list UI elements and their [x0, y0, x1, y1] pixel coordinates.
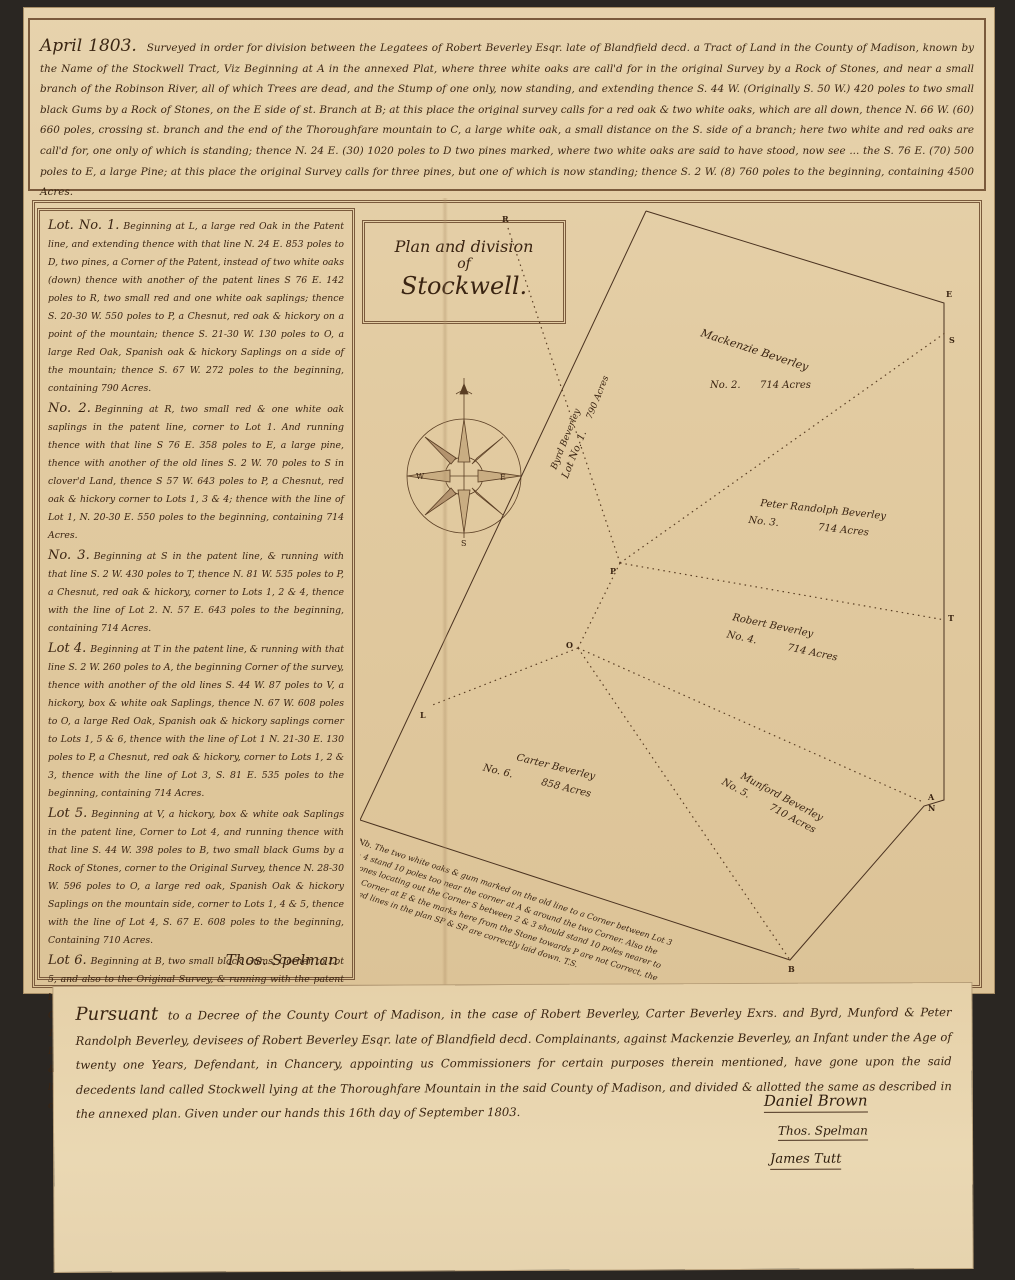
parcel-lot-2-number: No. 2.	[709, 380, 741, 391]
svg-text:858 Acres: 858 Acres	[540, 777, 592, 800]
lot-heading: Lot 4.	[48, 641, 86, 656]
corner-E: E	[946, 289, 952, 299]
parcel-label-lot-3: Peter Randolph Beverley No. 3. 714 Acres	[747, 497, 887, 540]
svg-text:No. 6.: No. 6.	[481, 762, 514, 780]
commissioners-report: Pursuant to a Decree of the County Court…	[53, 983, 972, 1272]
lot-heading: No. 2.	[48, 401, 91, 416]
svg-text:Mackenzie Beverley: Mackenzie Beverley	[698, 326, 811, 374]
lot-text: Beginning at S in the patent line, & run…	[48, 551, 344, 634]
lot-description-1: Lot. No. 1.Beginning at L, a large red O…	[48, 217, 344, 398]
corner-A: A	[927, 792, 935, 802]
lot-text: Beginning at V, a hickory, box & white o…	[48, 809, 344, 946]
parcel-label-lot-2: Mackenzie Beverley	[698, 326, 811, 374]
signature-james-tutt: James Tutt	[770, 1152, 841, 1170]
lot-heading: Lot 5.	[48, 806, 87, 821]
parcel-lot-2-acres: 714 Acres	[760, 380, 811, 391]
lot-text: Beginning at L, a large red Oak in the P…	[48, 221, 344, 394]
survey-sheet: April 1803. Surveyed in order for divisi…	[24, 8, 994, 993]
corner-S: S	[949, 335, 955, 345]
survey-header-frame: April 1803. Surveyed in order for divisi…	[28, 18, 986, 191]
corner-B: B	[788, 964, 795, 974]
svg-text:Carter Beverley: Carter Beverley	[515, 752, 596, 782]
svg-text:790 Acres: 790 Acres	[585, 374, 612, 421]
svg-text:714 Acres: 714 Acres	[817, 522, 869, 538]
plat-drawing: W E S D R E S P	[360, 208, 978, 980]
signature-daniel-brown: Daniel Brown	[764, 1091, 868, 1112]
surveyor-note: Nb. The two white oaks & gum marked on t…	[360, 836, 674, 980]
parcel-label-lot-4: Robert Beverley No. 4. 714 Acres	[725, 612, 842, 664]
division-lines	[430, 228, 945, 960]
lot-description-5: Lot 5.Beginning at V, a hickory, box & w…	[48, 805, 344, 950]
survey-description: April 1803. Surveyed in order for divisi…	[40, 36, 974, 203]
lot-heading: No. 3.	[48, 548, 90, 563]
plat-map: Plan and division of Stockwell.	[360, 208, 978, 980]
svg-text:No. 4.: No. 4.	[725, 629, 758, 646]
lot-descriptions: Lot. No. 1.Beginning at L, a large red O…	[37, 208, 355, 980]
corner-T: T	[948, 613, 954, 623]
lot-text: Beginning at T in the patent line, & run…	[48, 644, 344, 799]
survey-date: April 1803.	[40, 36, 137, 56]
parcel-label-lot-6: Carter Beverley No. 6. 858 Acres	[481, 745, 597, 800]
svg-text:714 Acres: 714 Acres	[786, 642, 838, 663]
lot-description-4: Lot 4.Beginning at T in the patent line,…	[48, 640, 344, 803]
report-lead: Pursuant	[75, 1004, 158, 1025]
corner-O: O	[566, 640, 573, 650]
corner-P: P	[610, 566, 616, 576]
lot-text: Beginning at R, two small red & one whit…	[48, 404, 344, 541]
patent-boundary	[360, 211, 944, 960]
surveyor-signature: Thos. Spelman	[226, 951, 338, 969]
corner-R: R	[502, 214, 509, 224]
parcel-label-lot-5: Munford Beverley No. 5. 710 Acres	[719, 764, 825, 836]
compass-east: E	[500, 473, 506, 482]
corner-D: D	[640, 208, 647, 210]
signature-thos-spelman: Thos. Spelman	[778, 1123, 868, 1140]
survey-description-text: Surveyed in order for division between t…	[40, 42, 974, 198]
corner-L: L	[420, 710, 426, 720]
lot-heading: Lot 6.	[48, 953, 87, 968]
lot-heading: Lot. No. 1.	[48, 218, 119, 233]
corner-N: N	[928, 803, 935, 813]
svg-text:No. 3.: No. 3.	[747, 515, 779, 529]
compass-south: S	[461, 539, 466, 548]
compass-west: W	[416, 472, 425, 481]
parcel-label-lot-1: Byrd Beverley Lot No. 1. 790 Acres	[548, 369, 612, 481]
lot-description-2: No. 2.Beginning at R, two small red & on…	[48, 400, 344, 545]
lot-description-3: No. 3.Beginning at S in the patent line,…	[48, 547, 344, 638]
